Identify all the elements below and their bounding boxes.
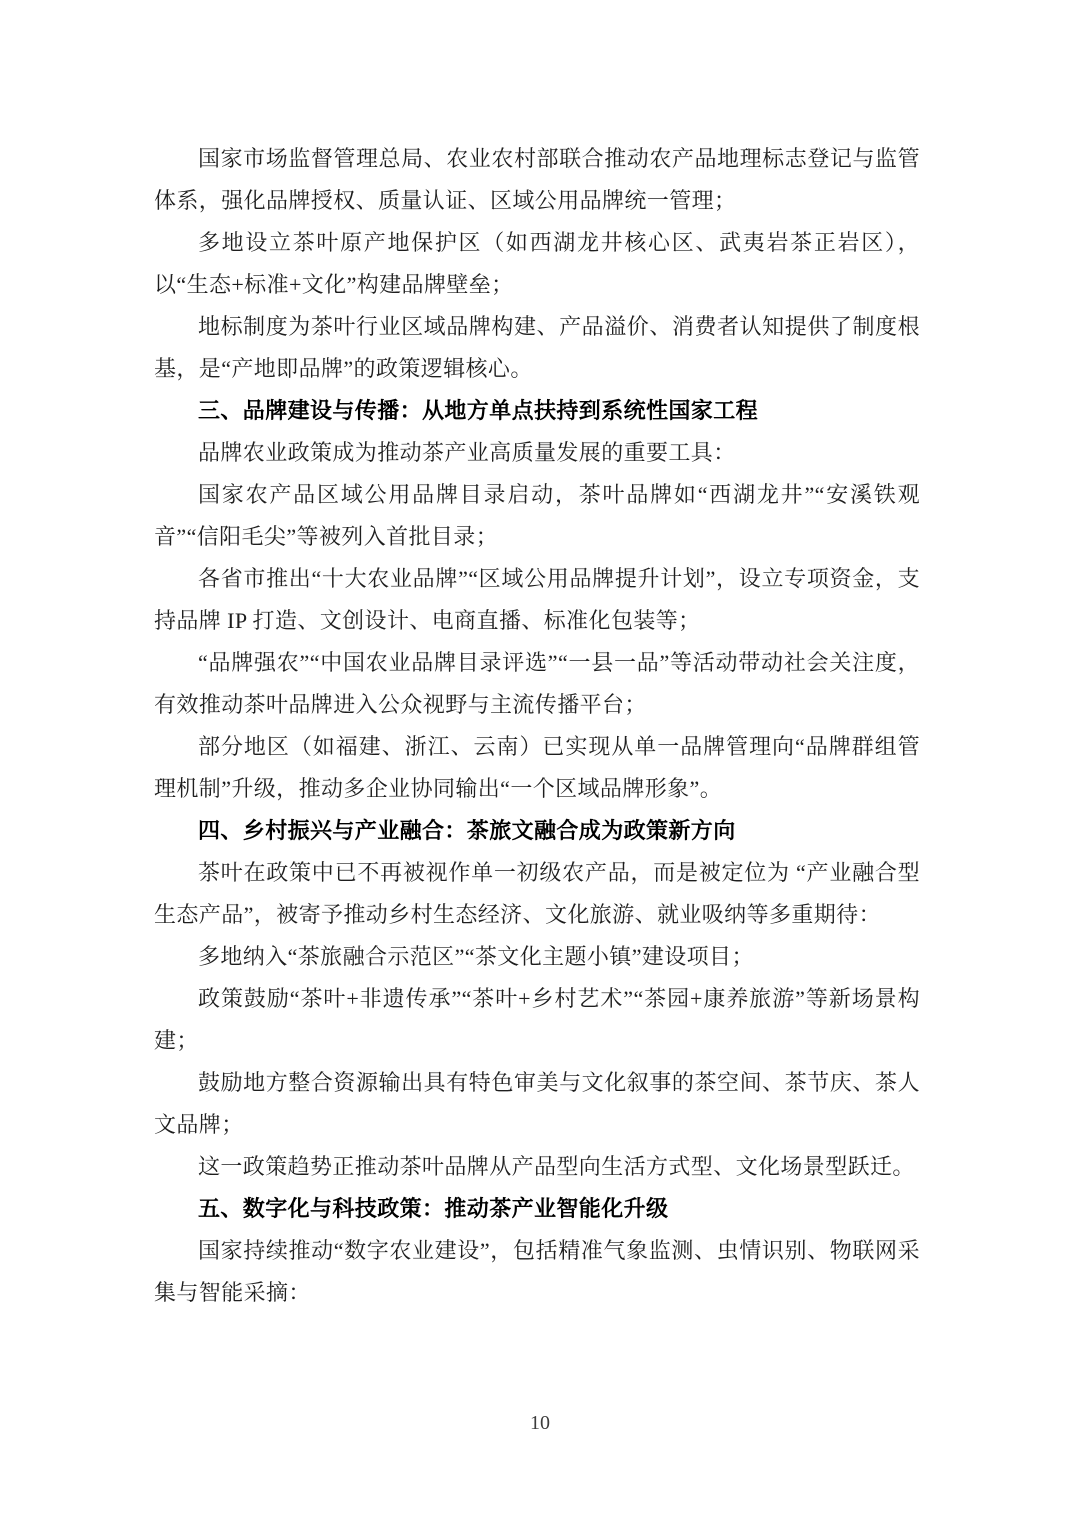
- page-number: 10: [0, 1412, 1080, 1435]
- body-paragraph: “品牌强农”“中国农业品牌目录评选”“一县一品”等活动带动社会关注度，有效推动茶…: [154, 642, 920, 726]
- body-paragraph: 各省市推出“十大农业品牌”“区域公用品牌提升计划”，设立专项资金，支持品牌 IP…: [154, 558, 920, 642]
- body-paragraph: 地标制度为茶叶行业区域品牌构建、产品溢价、消费者认知提供了制度根基，是“产地即品…: [154, 306, 920, 390]
- section-heading: 三、品牌建设与传播：从地方单点扶持到系统性国家工程: [154, 390, 920, 432]
- body-paragraph: 品牌农业政策成为推动茶产业高质量发展的重要工具：: [154, 432, 920, 474]
- body-paragraph: 鼓励地方整合资源输出具有特色审美与文化叙事的茶空间、茶节庆、茶人文品牌；: [154, 1062, 920, 1146]
- body-paragraph: 国家持续推动“数字农业建设”，包括精准气象监测、虫情识别、物联网采集与智能采摘：: [154, 1230, 920, 1314]
- section-heading: 四、乡村振兴与产业融合：茶旅文融合成为政策新方向: [154, 810, 920, 852]
- body-paragraph: 这一政策趋势正推动茶叶品牌从产品型向生活方式型、文化场景型跃迁。: [154, 1146, 920, 1188]
- body-paragraph: 茶叶在政策中已不再被视作单一初级农产品，而是被定位为 “产业融合型生态产品”，被…: [154, 852, 920, 936]
- body-paragraph: 部分地区（如福建、浙江、云南）已实现从单一品牌管理向“品牌群组管理机制”升级，推…: [154, 726, 920, 810]
- document-content: 国家市场监督管理总局、农业农村部联合推动农产品地理标志登记与监管体系，强化品牌授…: [154, 138, 920, 1314]
- body-paragraph: 国家农产品区域公用品牌目录启动，茶叶品牌如“西湖龙井”“安溪铁观音”“信阳毛尖”…: [154, 474, 920, 558]
- document-page: 国家市场监督管理总局、农业农村部联合推动农产品地理标志登记与监管体系，强化品牌授…: [0, 0, 1080, 1528]
- body-paragraph: 多地纳入“茶旅融合示范区”“茶文化主题小镇”建设项目；: [154, 936, 920, 978]
- section-heading: 五、数字化与科技政策：推动茶产业智能化升级: [154, 1188, 920, 1230]
- body-paragraph: 国家市场监督管理总局、农业农村部联合推动农产品地理标志登记与监管体系，强化品牌授…: [154, 138, 920, 222]
- body-paragraph: 多地设立茶叶原产地保护区（如西湖龙井核心区、武夷岩茶正岩区），以“生态+标准+文…: [154, 222, 920, 306]
- body-paragraph: 政策鼓励“茶叶+非遗传承”“茶叶+乡村艺术”“茶园+康养旅游”等新场景构建；: [154, 978, 920, 1062]
